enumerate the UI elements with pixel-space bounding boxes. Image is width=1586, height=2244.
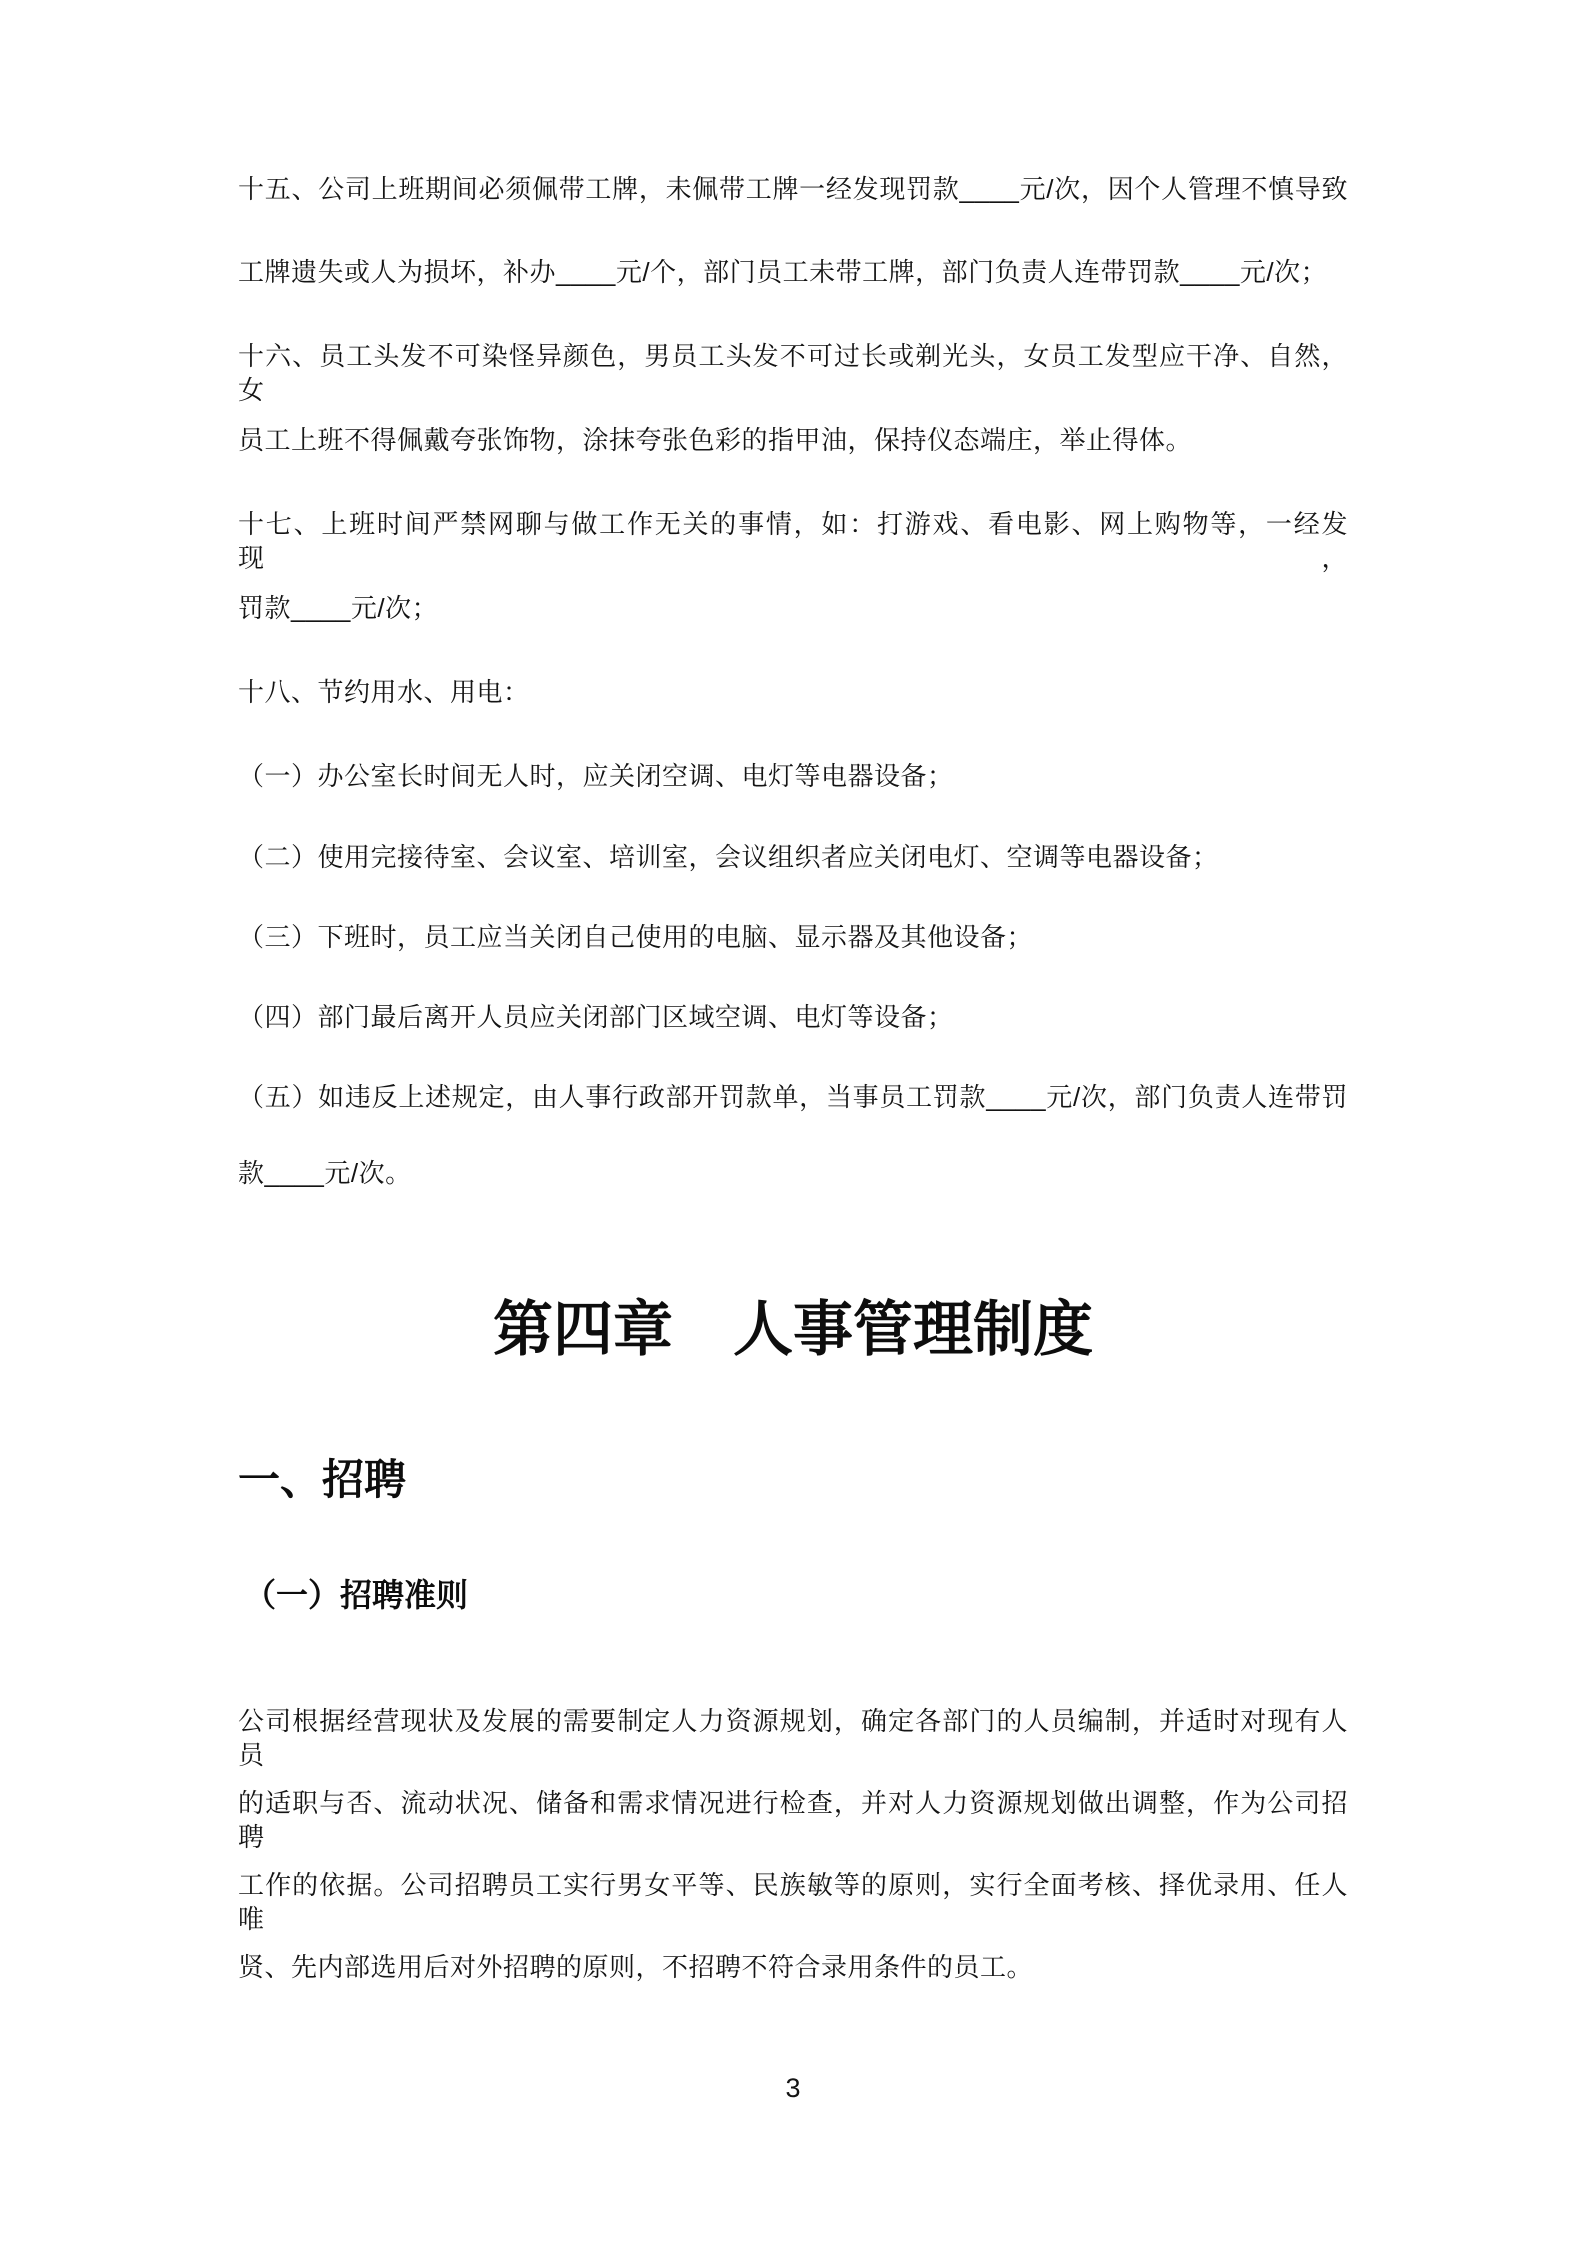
- page-number: 3: [0, 2072, 1586, 2104]
- rule-15-line-1: 十五、公司上班期间必须佩带工牌，未佩带工牌一经发现罚款____元/次，因个人管理…: [238, 172, 1348, 206]
- chapter-title: 第四章 人事管理制度: [238, 1295, 1348, 1365]
- subsection-heading-recruit-principles: （一）招聘准则: [244, 1573, 1348, 1617]
- rule-18-heading: 十八、节约用水、用电：: [238, 675, 1348, 709]
- rule-18-item-1: （一）办公室长时间无人时，应关闭空调、电灯等电器设备；: [238, 759, 1348, 793]
- rule-16-line-1: 十六、员工头发不可染怪异颜色，男员工头发不可过长或剃光头，女员工发型应干净、自然…: [238, 339, 1348, 407]
- rule-18-item-3: （三）下班时，员工应当关闭自己使用的电脑、显示器及其他设备；: [238, 920, 1348, 954]
- recruit-paragraph-line-3: 工作的依据。公司招聘员工实行男女平等、民族敏等的原则，实行全面考核、择优录用、任…: [238, 1868, 1348, 1936]
- recruit-paragraph-line-4: 贤、先内部选用后对外招聘的原则，不招聘不符合录用条件的员工。: [238, 1950, 1348, 1984]
- recruit-paragraph-line-2: 的适职与否、流动状况、储备和需求情况进行检查，并对人力资源规划做出调整，作为公司…: [238, 1786, 1348, 1854]
- rule-15-line-2: 工牌遗失或人为损坏，补办____元/个，部门员工未带工牌，部门负责人连带罚款__…: [238, 255, 1348, 289]
- rule-16-line-2: 员工上班不得佩戴夸张饰物，涂抹夸张色彩的指甲油，保持仪态端庄，举止得体。: [238, 423, 1348, 457]
- rule-18-item-5-line-2: 款____元/次。: [238, 1156, 1348, 1190]
- recruit-paragraph-line-1: 公司根据经营现状及发展的需要制定人力资源规划，确定各部门的人员编制，并适时对现有…: [238, 1704, 1348, 1772]
- rule-18-item-4: （四）部门最后离开人员应关闭部门区域空调、电灯等设备；: [238, 1000, 1348, 1034]
- rule-18-item-5-line-1: （五）如违反上述规定，由人事行政部开罚款单，当事员工罚款____元/次，部门负责…: [238, 1080, 1348, 1114]
- rule-17-line-2: 罚款____元/次；: [238, 591, 1348, 625]
- document-page: 十五、公司上班期间必须佩带工牌，未佩带工牌一经发现罚款____元/次，因个人管理…: [0, 0, 1586, 2244]
- rule-18-item-2: （二）使用完接待室、会议室、培训室，会议组织者应关闭电灯、空调等电器设备；: [238, 840, 1348, 874]
- rule-17-line-1: 十七、上班时间严禁网聊与做工作无关的事情，如：打游戏、看电影、网上购物等，一经发…: [238, 507, 1348, 575]
- section-heading-recruitment: 一、招聘: [238, 1453, 1348, 1507]
